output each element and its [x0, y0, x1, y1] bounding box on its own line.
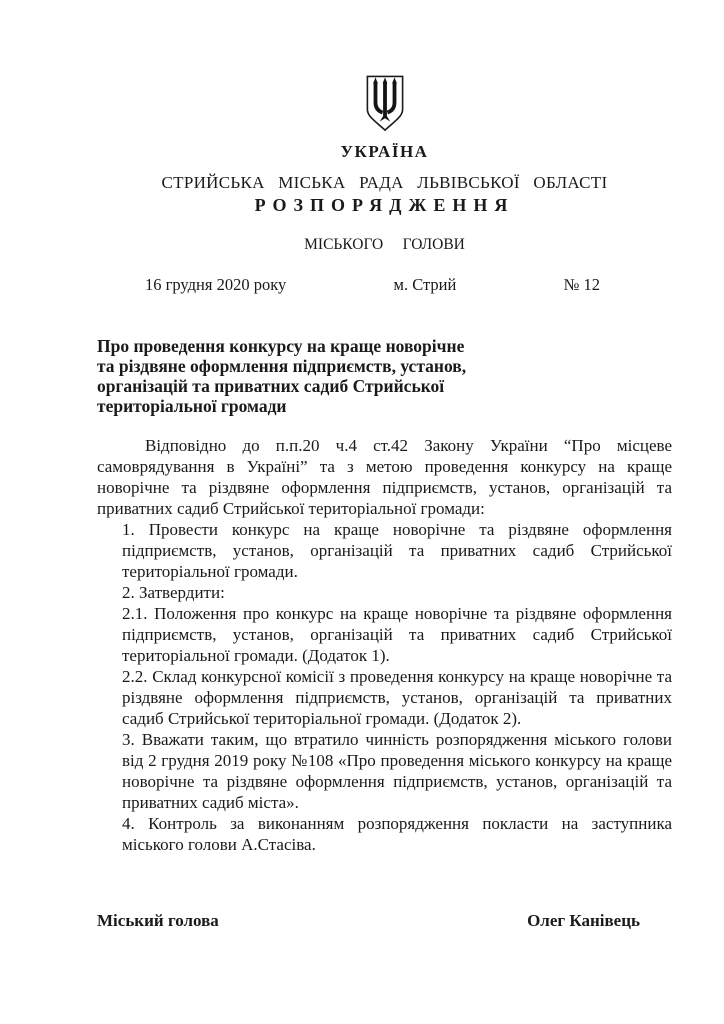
document-body: Відповідно до п.п.20 ч.4 ст.42 Закону Ук… — [97, 435, 672, 855]
document-date: 16 грудня 2020 року — [145, 275, 286, 295]
document-page: УКРАЇНА СТРИЙСЬКА МІСЬКА РАДА ЛЬВІВСЬКОЇ… — [0, 0, 724, 1024]
document-issuer: МІСЬКОГО ГОЛОВИ — [97, 236, 672, 254]
document-number: № 12 — [564, 275, 600, 295]
document-title-line: територіальної громади — [97, 396, 672, 416]
document-title-line: організацій та приватних садиб Стрийсько… — [97, 376, 672, 396]
signatory-name: Олег Канівець — [527, 911, 640, 931]
paragraph-item-1: 1. Провести конкурс на краще новорічне т… — [122, 519, 672, 582]
country-name: УКРАЇНА — [97, 142, 672, 162]
paragraph-item-4: 4. Контроль за виконанням розпорядження … — [122, 813, 672, 855]
paragraph-preamble: Відповідно до п.п.20 ч.4 ст.42 Закону Ук… — [97, 435, 672, 519]
coat-of-arms — [97, 74, 672, 138]
paragraph-item-2-1: 2.1. Положення про конкурс на краще ново… — [122, 603, 672, 666]
paragraph-item-2: 2. Затвердити: — [122, 582, 672, 603]
tryzub-trident-icon — [364, 74, 406, 133]
issuing-authority: СТРИЙСЬКА МІСЬКА РАДА ЛЬВІВСЬКОЇ ОБЛАСТІ — [97, 173, 672, 193]
document-meta-row: 16 грудня 2020 року м. Стрий № 12 — [97, 275, 672, 295]
signature-row: Міський голова Олег Канівець — [97, 911, 672, 931]
document-type-heading: РОЗПОРЯДЖЕННЯ — [97, 194, 672, 216]
document-place: м. Стрий — [394, 275, 457, 295]
document-title-line: Про проведення конкурсу на краще новоріч… — [97, 336, 672, 356]
signatory-position: Міський голова — [97, 911, 219, 931]
document-title-line: та різдвяне оформлення підприємств, уста… — [97, 356, 672, 376]
paragraph-item-3: 3. Вважати таким, що втратило чинність р… — [122, 729, 672, 813]
paragraph-item-2-2: 2.2. Склад конкурсної комісії з проведен… — [122, 666, 672, 729]
document-title: Про проведення конкурсу на краще новоріч… — [97, 336, 672, 416]
